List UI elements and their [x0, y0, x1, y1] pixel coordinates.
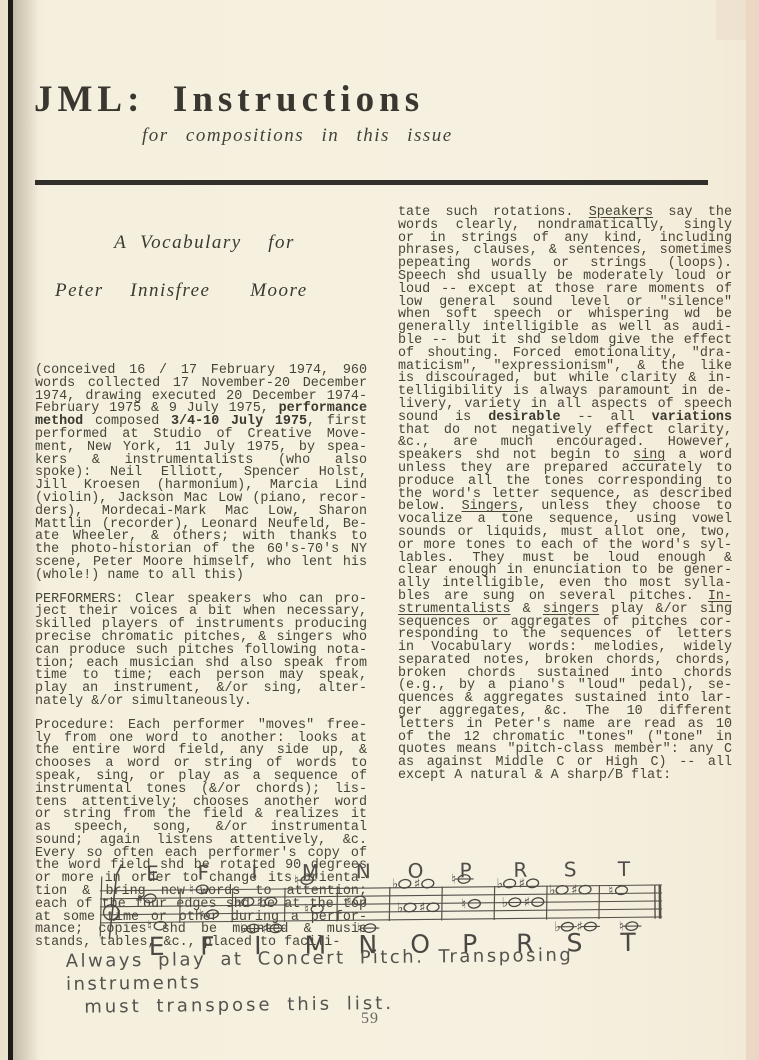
treble-clef-icon: [109, 864, 123, 938]
letter-above-S: S: [564, 857, 577, 881]
barline: [546, 886, 547, 920]
page-corner-tint: [716, 0, 746, 40]
accidental-natural-icon: ♮: [461, 896, 466, 912]
barline: [441, 886, 442, 920]
barline: [599, 885, 600, 919]
barline: [179, 889, 180, 923]
page-right-edge-tint: [746, 0, 759, 1060]
accidental-natural-icon: ♮: [304, 901, 309, 917]
accidental-flat-icon: ♭: [549, 882, 556, 898]
accidental-flat-icon: ♭: [392, 876, 399, 892]
page-subtitle: for compositions in this issue: [142, 125, 453, 147]
paragraph: (conceived 16 / 17 February 1974, 960wor…: [35, 365, 367, 583]
barline: [284, 888, 285, 922]
letter-above-R: R: [513, 858, 527, 882]
section-heading-line2: Peter Innisfree Moore: [35, 279, 367, 303]
accidental-flat-icon: ♭: [397, 900, 404, 916]
letter-above-I: I: [251, 860, 257, 884]
handwritten-caption: Always play at Concert Pitch. Transposin…: [66, 942, 707, 1019]
left-column: A Vocabulary for Peter Innisfree Moore (…: [35, 207, 367, 961]
barline: [337, 887, 338, 921]
barline: [494, 886, 495, 920]
accidental-natural-icon: ♮: [189, 882, 194, 898]
accidental-sharp-icon: ♯: [257, 894, 264, 910]
section-heading-line1: A Vocabulary for: [114, 232, 295, 253]
accidental-sharp-icon: ♯: [419, 900, 426, 916]
letter-above-F: F: [197, 861, 209, 885]
letter-above-M: M: [302, 860, 319, 884]
barline: [389, 887, 390, 921]
barline: [232, 888, 233, 922]
staff-line: [100, 901, 662, 907]
scanned-page: JML: Instructions for compositions in th…: [0, 0, 759, 1060]
paragraph: tate such rotations. Speakers say thewor…: [398, 207, 732, 783]
right-column-paragraphs: tate such rotations. Speakers say thewor…: [398, 207, 732, 783]
accidental-natural-icon: ♮: [137, 891, 142, 907]
accidental-natural-icon: ♮: [199, 907, 204, 923]
accidental-sharp-icon: ♯: [262, 921, 269, 937]
accidental-natural-icon: ♮: [346, 893, 351, 909]
accidental-sharp-icon: ♯: [524, 895, 531, 911]
text-line: except A natural & A sharp/B flat:: [398, 770, 732, 783]
letter-above-N: N: [356, 859, 371, 883]
letter-above-T: T: [617, 857, 631, 881]
accidental-natural-icon: ♮: [608, 883, 613, 899]
letter-above-O: O: [408, 859, 424, 883]
accidental-flat-icon: ♭: [497, 876, 504, 892]
letter-above-P: P: [459, 858, 471, 882]
accidental-flat-icon: ♭: [235, 894, 242, 910]
paragraph: PERFORMERS: Clear speakers who can pro-j…: [35, 594, 367, 709]
header-rule: [35, 180, 708, 185]
staff-line: [100, 909, 662, 915]
right-column: tate such rotations. Speakers say thewor…: [398, 207, 732, 794]
text-line: (whole!) name to all this): [35, 570, 367, 583]
section-heading: A Vocabulary for Peter Innisfree Moore: [35, 207, 367, 351]
accidental-flat-icon: ♭: [502, 895, 509, 911]
whole-note: [468, 899, 481, 909]
text-line: nately &/or simultaneously.: [35, 696, 367, 709]
accidental-sharp-icon: ♯: [571, 882, 578, 898]
page-title: JML: Instructions: [34, 78, 424, 121]
page-number: 59: [340, 1010, 400, 1028]
letter-above-E: E: [146, 861, 159, 885]
caption-line1: Always play at Concert Pitch. Transposin…: [66, 945, 574, 995]
